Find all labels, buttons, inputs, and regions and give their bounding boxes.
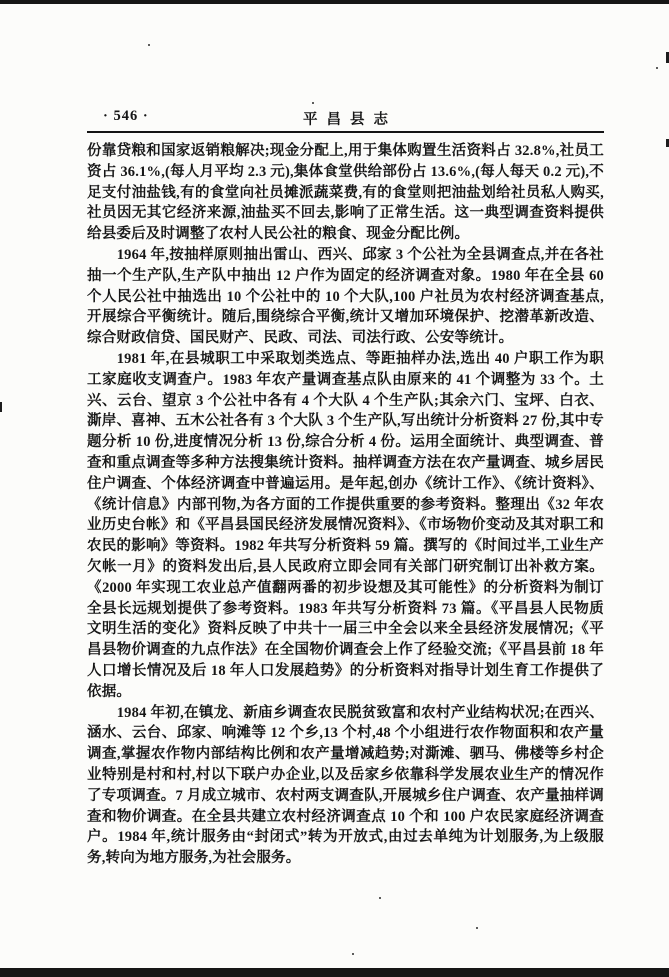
scan-speckle [656,67,658,69]
scan-edge-bottom [0,968,669,977]
book-title: 平昌县志 [87,108,604,129]
scan-edge-top [0,0,669,4]
scan-speckle [148,44,150,46]
scan-edge-mark [0,402,2,412]
paragraph: 1984 年初,在镇龙、新庙乡调查农民脱贫致富和农村产业结构状况;在西兴、涵水、… [87,703,604,869]
page-header: · 546 · 平昌县志 [87,108,604,128]
scan-speckle [476,927,478,929]
header-rule [87,131,604,133]
scan-speckle [312,102,314,104]
paragraph: 1964 年,按抽样原则抽出雷山、西兴、邱家 3 个公社为全县调查点,并在各社抽… [87,245,604,349]
scan-speckle [379,897,381,899]
scan-speckle [352,953,354,955]
book-page-scan: · 546 · 平昌县志 份靠贷粮和国家返销粮解决;现金分配上,用于集体购置生活… [0,0,669,977]
paragraph: 份靠贷粮和国家返销粮解决;现金分配上,用于集体购置生活资料占 32.8%,社员工… [87,141,604,245]
paragraph: 1981 年,在县城职工中采取划类选点、等距抽样办法,选出 40 户职工作为职工… [87,349,604,703]
page-body-text: 份靠贷粮和国家返销粮解决;现金分配上,用于集体购置生活资料占 32.8%,社员工… [87,141,604,869]
